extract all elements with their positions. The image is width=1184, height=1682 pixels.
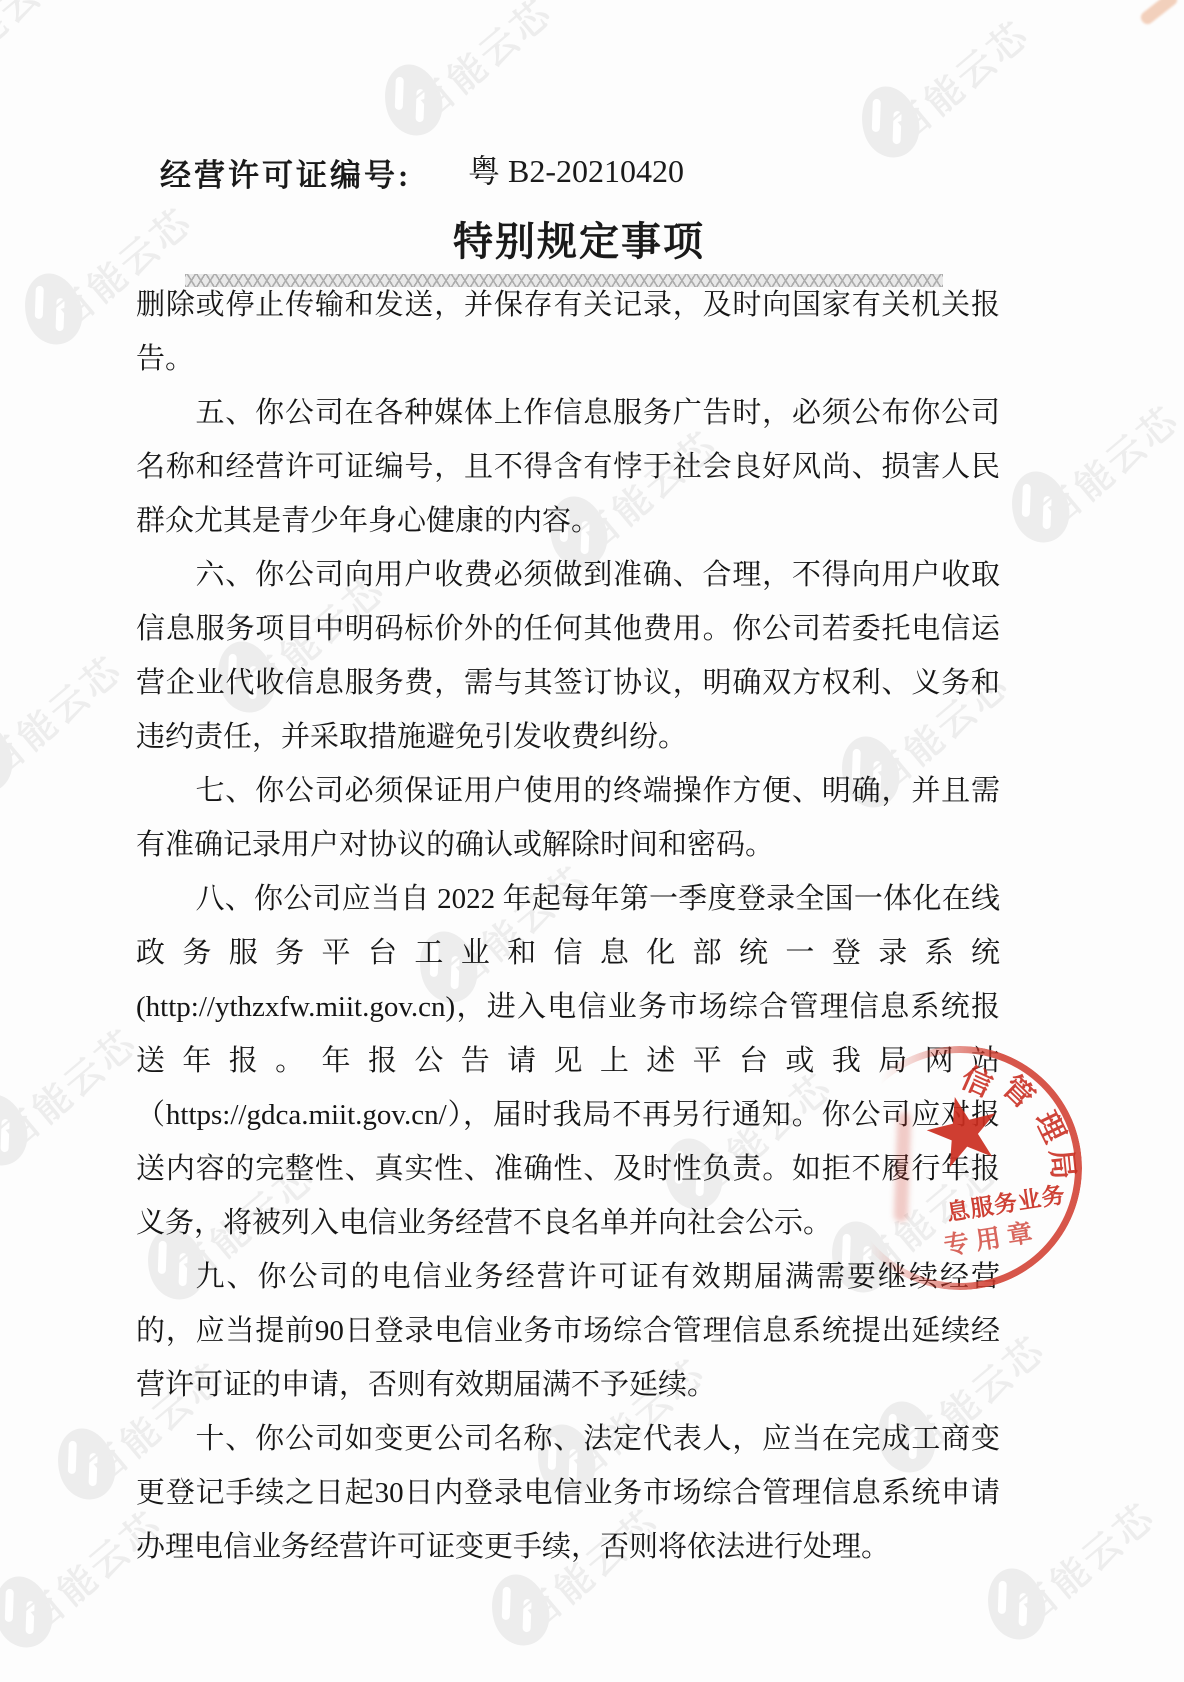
watermark-unit: 百能云芯 xyxy=(0,0,145,96)
baineng-logo-icon xyxy=(0,1569,61,1655)
watermark-unit: 百能云芯 xyxy=(862,10,1102,162)
watermark-text: 百能云芯 xyxy=(0,1013,148,1160)
page-title: 特别规定事项 xyxy=(453,210,705,267)
baineng-logo-icon xyxy=(0,714,21,800)
paragraph: 十、你公司如变更公司名称、法定代表人，应当在完成工商变更登记手续之日起30日内登… xyxy=(136,1412,1000,1574)
baineng-logo-icon xyxy=(375,57,451,143)
watermark-text: 百能云芯 xyxy=(879,5,1039,152)
watermark-text: 百能云芯 xyxy=(0,0,83,86)
watermark-unit: 百能云芯 xyxy=(1012,395,1184,547)
baineng-logo-icon xyxy=(0,1087,36,1173)
paragraph: 七、你公司必须保证用户使用的终端操作方便、明确，并且需有准确记录用户对协议的确认… xyxy=(136,764,1000,872)
license-number-value: 粤 B2-20210420 xyxy=(468,146,684,192)
paragraph: 八、你公司应当自 2022 年起每年第一季度登录全国一体化在线政务服务平台工业和… xyxy=(136,872,1000,1250)
baineng-logo-icon xyxy=(15,266,91,352)
paragraph: 删除或停止传输和发送，并保存有关记录，及时向国家有关机关报告。 xyxy=(136,278,1000,386)
baineng-logo-icon xyxy=(852,79,928,165)
watermark-unit: 百能云芯 xyxy=(988,1492,1184,1644)
watermark-text: 百能云芯 xyxy=(1005,1487,1165,1634)
baineng-logo-icon xyxy=(48,1421,124,1507)
document-body: 删除或停止传输和发送，并保存有关记录，及时向国家有关机关报告。五、你公司在各种媒… xyxy=(136,278,1000,1574)
scanned-document-page: 百能云芯百能云芯百能云芯百能云芯百能云芯百能云芯百能云芯百能云芯百能云芯百能云芯… xyxy=(0,0,1184,1682)
watermark-text: 百能云芯 xyxy=(1029,390,1184,537)
scan-smudge xyxy=(1138,0,1179,27)
license-number-label: 经营许可证编号: xyxy=(160,150,411,195)
baineng-logo-icon xyxy=(1002,464,1078,550)
paragraph: 五、你公司在各种媒体上作信息服务广告时，必须公布你公司名称和经营许可证编号，且不… xyxy=(136,386,1000,548)
paragraph: 九、你公司的电信业务经营许可证有效期届满需要继续经营的，应当提前90日登录电信业… xyxy=(136,1250,1000,1412)
watermark-unit: 百能云芯 xyxy=(385,0,625,140)
baineng-logo-icon xyxy=(482,1567,558,1653)
watermark-text: 百能云芯 xyxy=(0,640,133,787)
seal-arc-char: 局 xyxy=(1045,1148,1078,1181)
paragraph: 六、你公司向用户收费必须做到准确、合理，不得向用户收取信息服务项目中明码标价外的… xyxy=(136,548,1000,764)
seal-arc-char: 管 xyxy=(996,1071,1038,1113)
watermark-text: 百能云芯 xyxy=(402,0,562,130)
seal-arc-char: 理 xyxy=(1029,1107,1069,1147)
